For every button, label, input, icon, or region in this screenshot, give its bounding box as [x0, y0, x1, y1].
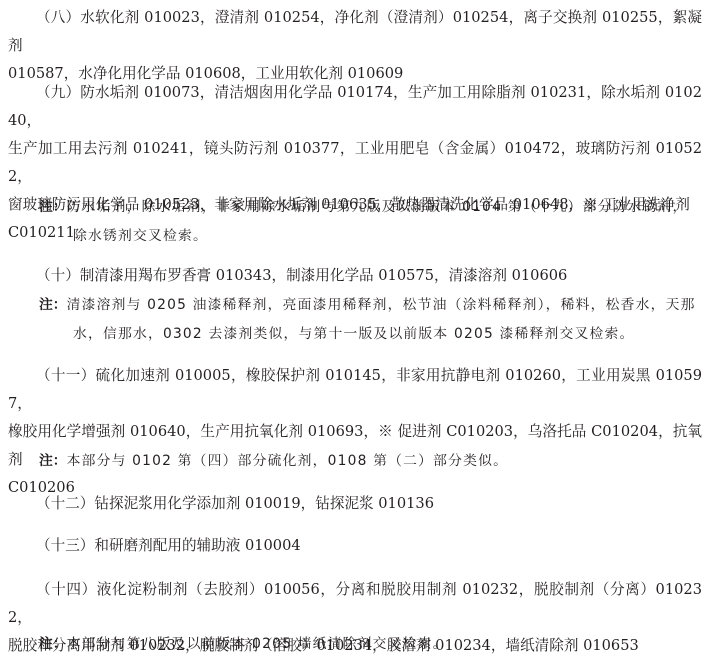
- section-9-line-2: 生产加工用去污剂 010241，镜头防污剂 010377，工业用肥皂（含金属）0…: [8, 135, 702, 191]
- section-10-note-line-1: 清漆溶剂与 0205 油漆稀释剂，亮面漆用稀释剂，松节油（涂料稀释剂），稀料，松…: [67, 297, 696, 313]
- note-label: 注：: [39, 453, 67, 469]
- section-9-note-line-1: 防水垢剂，除水垢剂，非家用除水垢剂与第九版及以前版本 0104 第（十九）部分防…: [67, 199, 688, 215]
- section-10-note-line-2: 水，信那水，0302 去漆剂类似，与第十一版及以前版本 0205 漆稀释剂交叉检…: [73, 320, 708, 349]
- section-9-line-1: （九）防水垢剂 010073，清洁烟囱用化学品 010174，生产加工用除脂剂 …: [8, 79, 702, 135]
- note-label: 注：: [39, 297, 67, 313]
- section-11: （十一）硫化加速剂 010005，橡胶保护剂 010145，非家用抗静电剂 01…: [8, 362, 702, 502]
- section-11-line-1: （十一）硫化加速剂 010005，橡胶保护剂 010145，非家用抗静电剂 01…: [8, 362, 702, 418]
- section-8: （八）水软化剂 010023，澄清剂 010254，净化剂（澄清剂）010254…: [8, 4, 702, 88]
- section-14-note: 注：本部分与第八版及以前版本 0205 墙纸清除剂交叉检索。: [39, 630, 708, 659]
- section-14-note-line-1: 本部分与第八版及以前版本 0205 墙纸清除剂交叉检索。: [67, 636, 448, 652]
- section-11-note-line-1: 本部分与 0102 第（四）部分硫化剂，0108 第（二）部分类似。: [67, 453, 509, 469]
- section-14-line-1: （十四）液化淀粉制剂（去胶剂）010056，分离和脱胶用制剂 010232，脱胶…: [8, 576, 702, 632]
- section-10-note: 注：清漆溶剂与 0205 油漆稀释剂，亮面漆用稀释剂，松节油（涂料稀释剂），稀料…: [39, 291, 708, 349]
- section-13-line-1: （十三）和研磨剂配用的辅助液 010004: [8, 532, 702, 560]
- note-label: 注：: [39, 199, 67, 215]
- section-12: （十二）钻探泥浆用化学添加剂 010019，钻探泥浆 010136: [8, 490, 702, 518]
- section-9-note: 注：防水垢剂，除水垢剂，非家用除水垢剂与第九版及以前版本 0104 第（十九）部…: [39, 193, 708, 251]
- note-label: 注：: [39, 636, 67, 652]
- section-10: （十）制清漆用羯布罗香膏 010343，制漆用化学品 010575，清漆溶剂 0…: [8, 262, 702, 290]
- section-9-note-line-2: 除水锈剂交叉检索。: [73, 222, 708, 251]
- section-8-line-1: （八）水软化剂 010023，澄清剂 010254，净化剂（澄清剂）010254…: [8, 4, 702, 60]
- section-13: （十三）和研磨剂配用的辅助液 010004: [8, 532, 702, 560]
- section-12-line-1: （十二）钻探泥浆用化学添加剂 010019，钻探泥浆 010136: [8, 490, 702, 518]
- section-10-line-1: （十）制清漆用羯布罗香膏 010343，制漆用化学品 010575，清漆溶剂 0…: [8, 262, 702, 290]
- document-page: （八）水软化剂 010023，澄清剂 010254，净化剂（澄清剂）010254…: [0, 0, 708, 668]
- section-11-note: 注：本部分与 0102 第（四）部分硫化剂，0108 第（二）部分类似。: [39, 447, 708, 476]
